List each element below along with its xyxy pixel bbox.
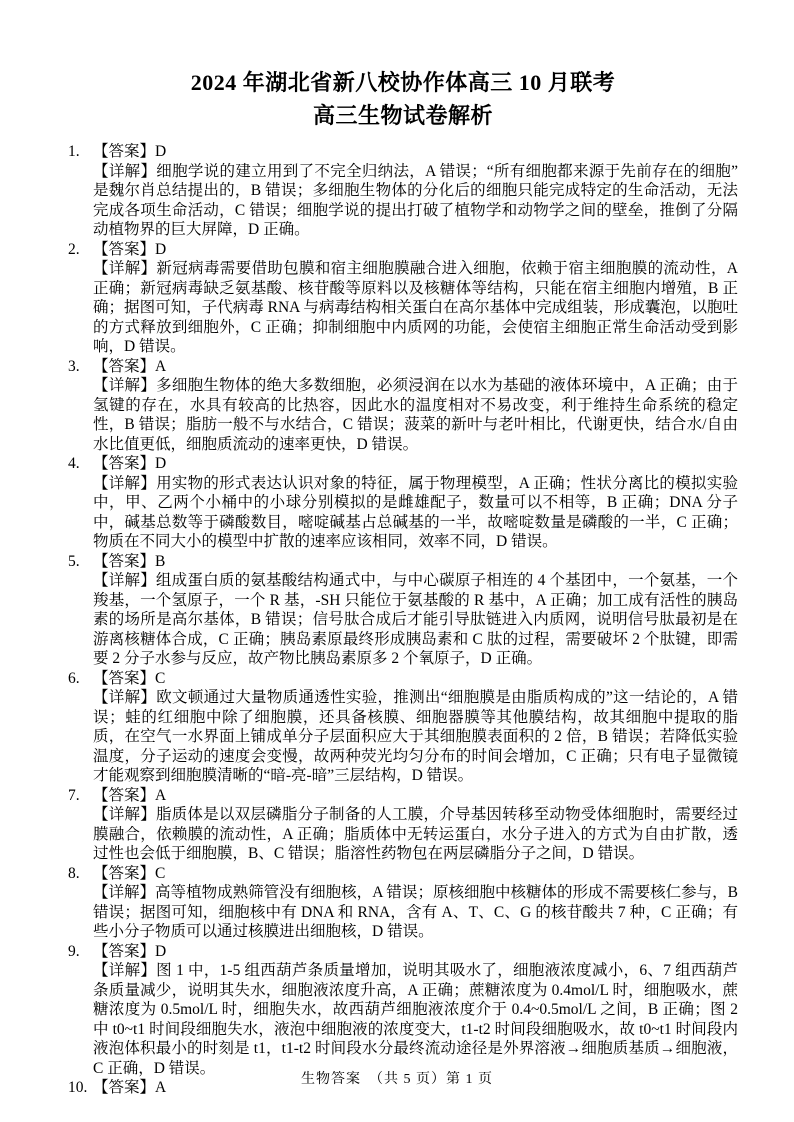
answer-value: A: [155, 787, 166, 804]
detail-text: 【详解】图 1 中，1-5 组西葫芦条质量增加，说明其吸水了，细胞液浓度减小，6…: [93, 961, 738, 1078]
detail-text: 【详解】高等植物成熟筛管没有细胞核，A 错误；原核细胞中核糖体的形成不需要核仁参…: [93, 883, 738, 942]
answer-value: C: [155, 670, 165, 687]
answer-value: D: [155, 241, 166, 258]
answer-label: 【答案】: [93, 865, 155, 882]
detail-text: 【详解】组成蛋白质的氨基酸结构通式中，与中心碳原子相连的 4 个基团中，一个氨基…: [93, 571, 738, 669]
question-number: 8.: [68, 864, 93, 884]
page-footer: 生物答案 （共 5 页）第 1 页: [0, 1068, 794, 1088]
answer-line: 【答案】C: [93, 864, 738, 884]
answer-label: 【答案】: [93, 358, 155, 375]
question-body: 【答案】A 【详解】脂质体是以双层磷脂分子制备的人工膜，介导基因转移至动物受体细…: [93, 786, 738, 864]
answer-value: D: [155, 143, 166, 160]
exam-answer-page: 2024 年湖北省新八校协作体高三 10 月联考 高三生物试卷解析 1. 【答案…: [0, 0, 794, 1122]
question-item: 8. 【答案】C 【详解】高等植物成熟筛管没有细胞核，A 错误；原核细胞中核糖体…: [68, 864, 738, 942]
answer-label: 【答案】: [93, 670, 155, 687]
answer-label: 【答案】: [93, 553, 155, 570]
question-body: 【答案】D 【详解】新冠病毒需要借助包膜和宿主细胞膜融合进入细胞，依赖于宿主细胞…: [93, 240, 738, 357]
answer-line: 【答案】D: [93, 942, 738, 962]
question-item: 1. 【答案】D 【详解】细胞学说的建立用到了不完全归纳法，A 错误；“所有细胞…: [68, 142, 738, 240]
page-title: 2024 年湖北省新八校协作体高三 10 月联考: [68, 66, 738, 99]
question-item: 2. 【答案】D 【详解】新冠病毒需要借助包膜和宿主细胞膜融合进入细胞，依赖于宿…: [68, 240, 738, 357]
question-number: 9.: [68, 942, 93, 962]
question-number: 6.: [68, 669, 93, 689]
detail-text: 【详解】脂质体是以双层磷脂分子制备的人工膜，介导基因转移至动物受体细胞时，需要经…: [93, 805, 738, 864]
page-subtitle: 高三生物试卷解析: [68, 99, 738, 132]
question-item: 3. 【答案】A 【详解】多细胞生物体的绝大多数细胞，必须浸润在以水为基础的液体…: [68, 357, 738, 455]
answer-line: 【答案】D: [93, 142, 738, 162]
question-item: 7. 【答案】A 【详解】脂质体是以双层磷脂分子制备的人工膜，介导基因转移至动物…: [68, 786, 738, 864]
answer-value: D: [155, 943, 166, 960]
detail-text: 【详解】新冠病毒需要借助包膜和宿主细胞膜融合进入细胞，依赖于宿主细胞膜的流动性，…: [93, 259, 738, 357]
answer-line: 【答案】A: [93, 786, 738, 806]
question-number: 4.: [68, 454, 93, 474]
question-body: 【答案】B 【详解】组成蛋白质的氨基酸结构通式中，与中心碳原子相连的 4 个基团…: [93, 552, 738, 669]
detail-text: 【详解】细胞学说的建立用到了不完全归纳法，A 错误；“所有细胞都来源于先前存在的…: [93, 162, 738, 240]
answer-line: 【答案】A: [93, 357, 738, 377]
answer-value: B: [155, 553, 165, 570]
answer-value: D: [155, 455, 166, 472]
question-item: 6. 【答案】C 【详解】欧文顿通过大量物质通透性实验，推测出“细胞膜是由脂质构…: [68, 669, 738, 786]
detail-text: 【详解】欧文顿通过大量物质通透性实验，推测出“细胞膜是由脂质构成的”这一结论的，…: [93, 688, 738, 786]
detail-text: 【详解】用实物的形式表达认识对象的特征，属于物理模型，A 正确；性状分离比的模拟…: [93, 474, 738, 552]
detail-text: 【详解】多细胞生物体的绝大多数细胞，必须浸润在以水为基础的液体环境中，A 正确；…: [93, 376, 738, 454]
answer-label: 【答案】: [93, 241, 155, 258]
question-body: 【答案】D 【详解】图 1 中，1-5 组西葫芦条质量增加，说明其吸水了，细胞液…: [93, 942, 738, 1079]
question-number: 1.: [68, 142, 93, 162]
question-number: 7.: [68, 786, 93, 806]
answer-line: 【答案】B: [93, 552, 738, 572]
answer-line: 【答案】D: [93, 240, 738, 260]
answer-line: 【答案】D: [93, 454, 738, 474]
question-number: 5.: [68, 552, 93, 572]
question-number: 3.: [68, 357, 93, 377]
question-number: 2.: [68, 240, 93, 260]
answer-line: 【答案】C: [93, 669, 738, 689]
answer-label: 【答案】: [93, 943, 155, 960]
question-item: 4. 【答案】D 【详解】用实物的形式表达认识对象的特征，属于物理模型，A 正确…: [68, 454, 738, 552]
answer-label: 【答案】: [93, 455, 155, 472]
answer-label: 【答案】: [93, 143, 155, 160]
question-body: 【答案】C 【详解】高等植物成熟筛管没有细胞核，A 错误；原核细胞中核糖体的形成…: [93, 864, 738, 942]
question-body: 【答案】D 【详解】细胞学说的建立用到了不完全归纳法，A 错误；“所有细胞都来源…: [93, 142, 738, 240]
question-item: 5. 【答案】B 【详解】组成蛋白质的氨基酸结构通式中，与中心碳原子相连的 4 …: [68, 552, 738, 669]
question-body: 【答案】D 【详解】用实物的形式表达认识对象的特征，属于物理模型，A 正确；性状…: [93, 454, 738, 552]
question-item: 9. 【答案】D 【详解】图 1 中，1-5 组西葫芦条质量增加，说明其吸水了，…: [68, 942, 738, 1079]
answer-value: A: [155, 358, 166, 375]
answer-label: 【答案】: [93, 787, 155, 804]
question-list: 1. 【答案】D 【详解】细胞学说的建立用到了不完全归纳法，A 错误；“所有细胞…: [68, 142, 738, 1098]
answer-value: C: [155, 865, 165, 882]
question-body: 【答案】A 【详解】多细胞生物体的绝大多数细胞，必须浸润在以水为基础的液体环境中…: [93, 357, 738, 455]
question-body: 【答案】C 【详解】欧文顿通过大量物质通透性实验，推测出“细胞膜是由脂质构成的”…: [93, 669, 738, 786]
